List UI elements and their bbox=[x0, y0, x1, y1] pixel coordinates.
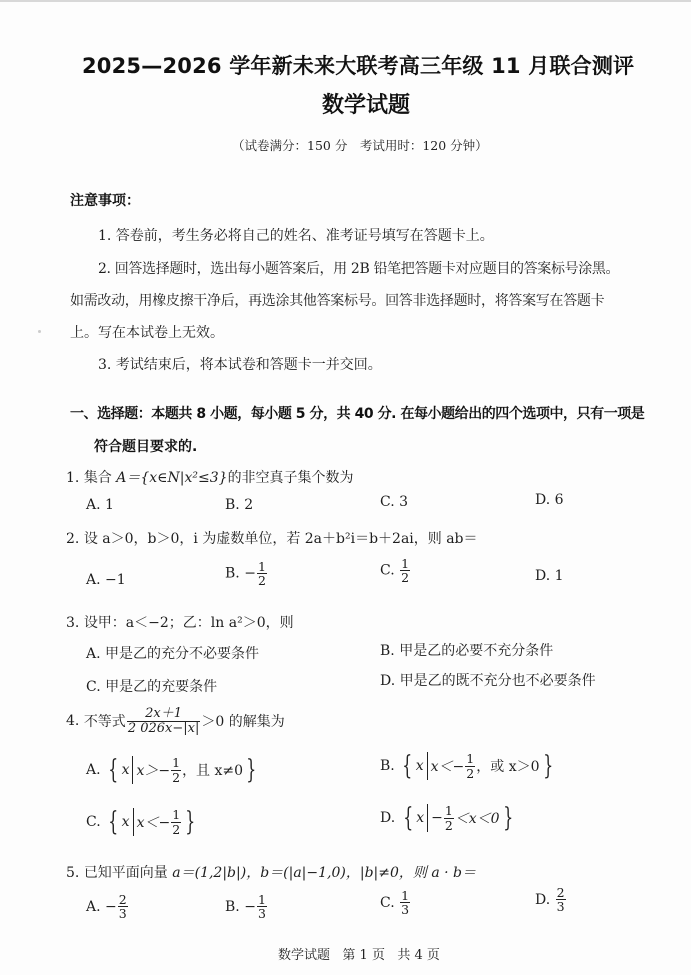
q4-option-a: A. {xx＞−12，且 x≠0} bbox=[86, 756, 260, 784]
question-3: 3. 设甲：a＜−2；乙：ln a²＞0，则 bbox=[66, 612, 294, 632]
exam-subtitle: 数学试题 bbox=[322, 88, 410, 119]
q2-option-c: C. 12 bbox=[380, 557, 411, 584]
q3-option-a: A. 甲是乙的充分不必要条件 bbox=[86, 643, 259, 663]
q1-option-c: C. 3 bbox=[380, 494, 408, 510]
q2-option-d: D. 1 bbox=[535, 568, 564, 584]
q1-option-d: D. 6 bbox=[535, 492, 564, 508]
q4-option-d: D. {x−12＜x＜0} bbox=[380, 804, 516, 832]
question-number: 1. bbox=[66, 470, 79, 486]
notes-heading: 注意事项： bbox=[70, 190, 140, 210]
scan-edge bbox=[0, 0, 691, 2]
note-item-3: 3. 考试结束后，将本试卷和答题卡一并交回。 bbox=[98, 354, 382, 374]
footer-total: 共 4 页 bbox=[397, 948, 440, 963]
footer-subject: 数学试题 bbox=[278, 948, 330, 963]
footer-page: 第 1 页 bbox=[342, 948, 385, 963]
note-item-2-end: 上。写在本试卷上无效。 bbox=[70, 322, 224, 342]
question-stem-pre: 已知平面向量 bbox=[84, 865, 172, 881]
question-5: 5. 已知平面向量 a＝(1,2|b|)，b＝(|a|−1,0)，|b|≠0，则… bbox=[66, 862, 476, 882]
question-stem: 设甲：a＜−2；乙：ln a²＞0，则 bbox=[84, 615, 294, 631]
section1-heading: 一、选择题：本题共 8 小题，每小题 5 分，共 40 分. 在每小题给出的四个… bbox=[70, 403, 644, 423]
question-number: 4. bbox=[66, 713, 79, 729]
note-item-2: 2. 回答选择题时，选出每小题答案后，用 2B 铅笔把答题卡对应题目的答案标号涂… bbox=[98, 258, 619, 278]
q3-option-c: C. 甲是乙的充要条件 bbox=[86, 676, 217, 696]
question-number: 5. bbox=[66, 865, 79, 881]
q3-option-b: B. 甲是乙的必要不充分条件 bbox=[380, 640, 553, 660]
question-stem: 设 a＞0，b＞0，i 为虚数单位，若 2a＋b²i＝b＋2ai，则 ab＝ bbox=[84, 531, 478, 547]
q3-option-d: D. 甲是乙的既不充分也不必要条件 bbox=[380, 670, 596, 690]
scan-speck bbox=[38, 330, 41, 333]
q2-option-a: A. −1 bbox=[86, 572, 126, 588]
question-number: 2. bbox=[66, 531, 79, 547]
q5-option-b: B. −13 bbox=[225, 893, 268, 920]
q4-option-b: B. {xx＜−12，或 x＞0} bbox=[380, 752, 556, 780]
note-item-2-cont: 如需改动，用橡皮擦干净后，再选涂其他答案标号。回答非选择题时，将答案写在答题卡 bbox=[70, 290, 604, 310]
question-number: 3. bbox=[66, 615, 79, 631]
section1-heading-cont: 符合题目要求的. bbox=[94, 436, 197, 456]
page-footer: 数学试题 第 1 页 共 4 页 bbox=[278, 944, 440, 963]
exam-title: 2025—2026 学年新未来大联考高三年级 11 月联合测评 bbox=[82, 50, 634, 80]
q5-option-c: C. 13 bbox=[380, 889, 411, 916]
question-stem-post: 的非空真子集个数为 bbox=[228, 470, 354, 486]
exam-meta: （试卷满分：150 分 考试用时：120 分钟） bbox=[232, 136, 488, 154]
note-item-1: 1. 答卷前，考生务必将自己的姓名、准考证号填写在答题卡上。 bbox=[98, 225, 494, 245]
q5-option-a: A. −23 bbox=[86, 893, 129, 920]
question-2: 2. 设 a＞0，b＞0，i 为虚数单位，若 2a＋b²i＝b＋2ai，则 ab… bbox=[66, 528, 478, 548]
q5-option-d: D. 23 bbox=[535, 886, 567, 913]
question-4: 4. 不等式 2x＋12 026x−|x| ＞0 的解集为 bbox=[66, 707, 285, 735]
question-stem-post: ＞0 的解集为 bbox=[201, 711, 284, 731]
q4-option-c: C. {xx＜−12} bbox=[86, 808, 199, 836]
question-stem-math: A＝{x∈N|x²≤3} bbox=[116, 470, 227, 486]
inequality-fraction: 2x＋12 026x−|x| bbox=[127, 707, 201, 735]
question-1: 1. 集合 A＝{x∈N|x²≤3}的非空真子集个数为 bbox=[66, 467, 354, 487]
question-stem-pre: 集合 bbox=[84, 470, 116, 486]
question-stem-math: a＝(1,2|b|)，b＝(|a|−1,0)，|b|≠0，则 a · b＝ bbox=[172, 865, 476, 881]
q1-option-a: A. 1 bbox=[86, 497, 114, 513]
q1-option-b: B. 2 bbox=[225, 497, 253, 513]
q2-option-b: B. −12 bbox=[225, 560, 268, 587]
question-stem-pre: 不等式 bbox=[84, 711, 126, 731]
